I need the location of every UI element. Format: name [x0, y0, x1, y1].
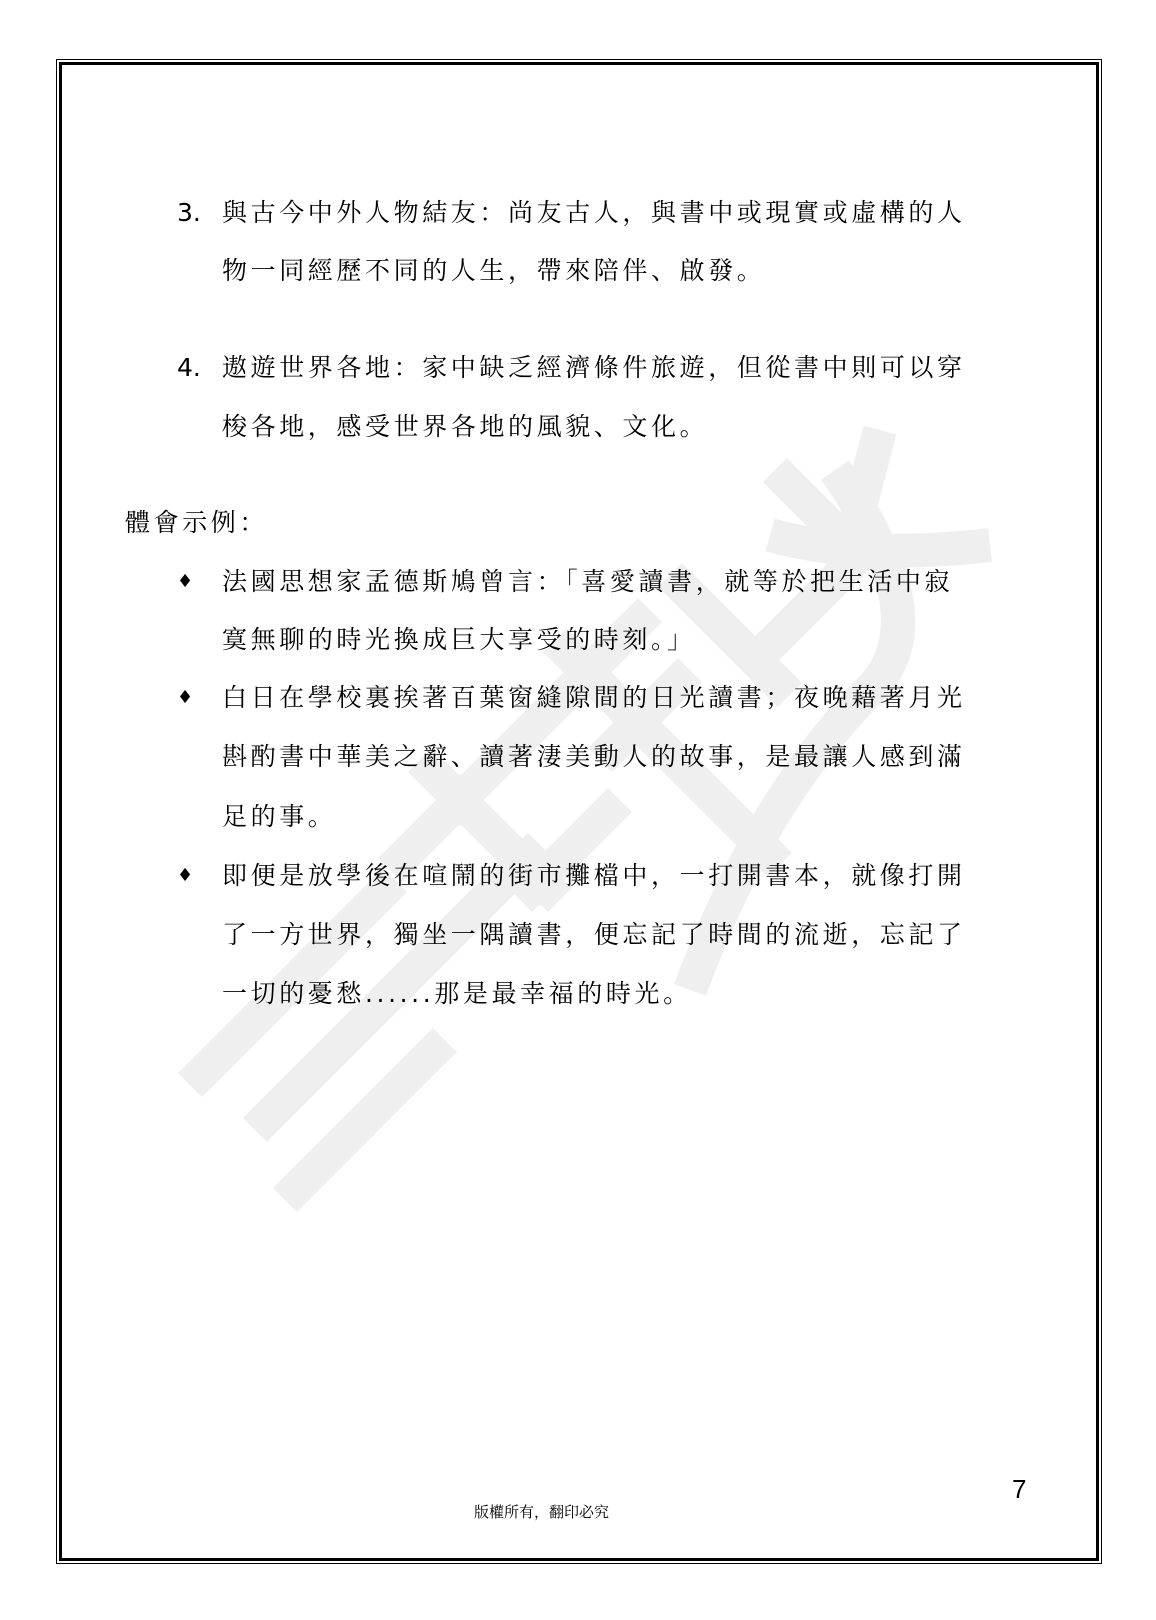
- document-page: 3. 與古今中外人物結友：尚友古人，與書中或現實或虛構的人 物一同經歷不同的人生…: [0, 0, 1156, 1620]
- section-heading: 體會示例：: [125, 508, 268, 538]
- item-text-line: 物一同經歷不同的人生，帶來陪伴、啟發。: [222, 256, 765, 286]
- item-number: 4.: [177, 353, 201, 383]
- bullet-text-line: 一切的憂愁......那是最幸福的時光。: [222, 979, 692, 1009]
- bullet-text-line: 寞無聊的時光換成巨大享受的時刻。」: [222, 625, 696, 655]
- item-text-line: 遨遊世界各地：家中缺乏經濟條件旅遊，但從書中則可以穿: [222, 353, 966, 383]
- diamond-bullet-icon: ♦: [177, 683, 193, 713]
- bullet-text-line: 了一方世界，獨坐一隅讀書，便忘記了時間的流逝，忘記了: [222, 920, 966, 950]
- bullet-text-line: 足的事。: [222, 802, 336, 832]
- diamond-bullet-icon: ♦: [177, 861, 193, 891]
- page-number: 7: [1012, 1474, 1026, 1504]
- item-text-line: 與古今中外人物結友：尚友古人，與書中或現實或虛構的人: [222, 198, 966, 228]
- diamond-bullet-icon: ♦: [177, 567, 193, 597]
- item-text-line: 梭各地，感受世界各地的風貌、文化。: [222, 412, 708, 442]
- bullet-text-line: 法國思想家孟德斯鳩曾言：「喜愛讀書，就等於把生活中寂: [222, 567, 953, 597]
- page-border-inner: [59, 62, 1099, 1561]
- bullet-text-line: 斟酌書中華美之辭、讀著淒美動人的故事，是最讓人感到滿: [222, 742, 966, 772]
- bullet-text-line: 即便是放學後在喧鬧的街市攤檔中，一打開書本，就像打開: [222, 861, 966, 891]
- item-number: 3.: [177, 198, 201, 228]
- bullet-text-line: 白日在學校裏挨著百葉窗縫隙間的日光讀書；夜晚藉著月光: [222, 683, 966, 713]
- copyright-notice: 版權所有，翻印必究: [474, 1502, 609, 1522]
